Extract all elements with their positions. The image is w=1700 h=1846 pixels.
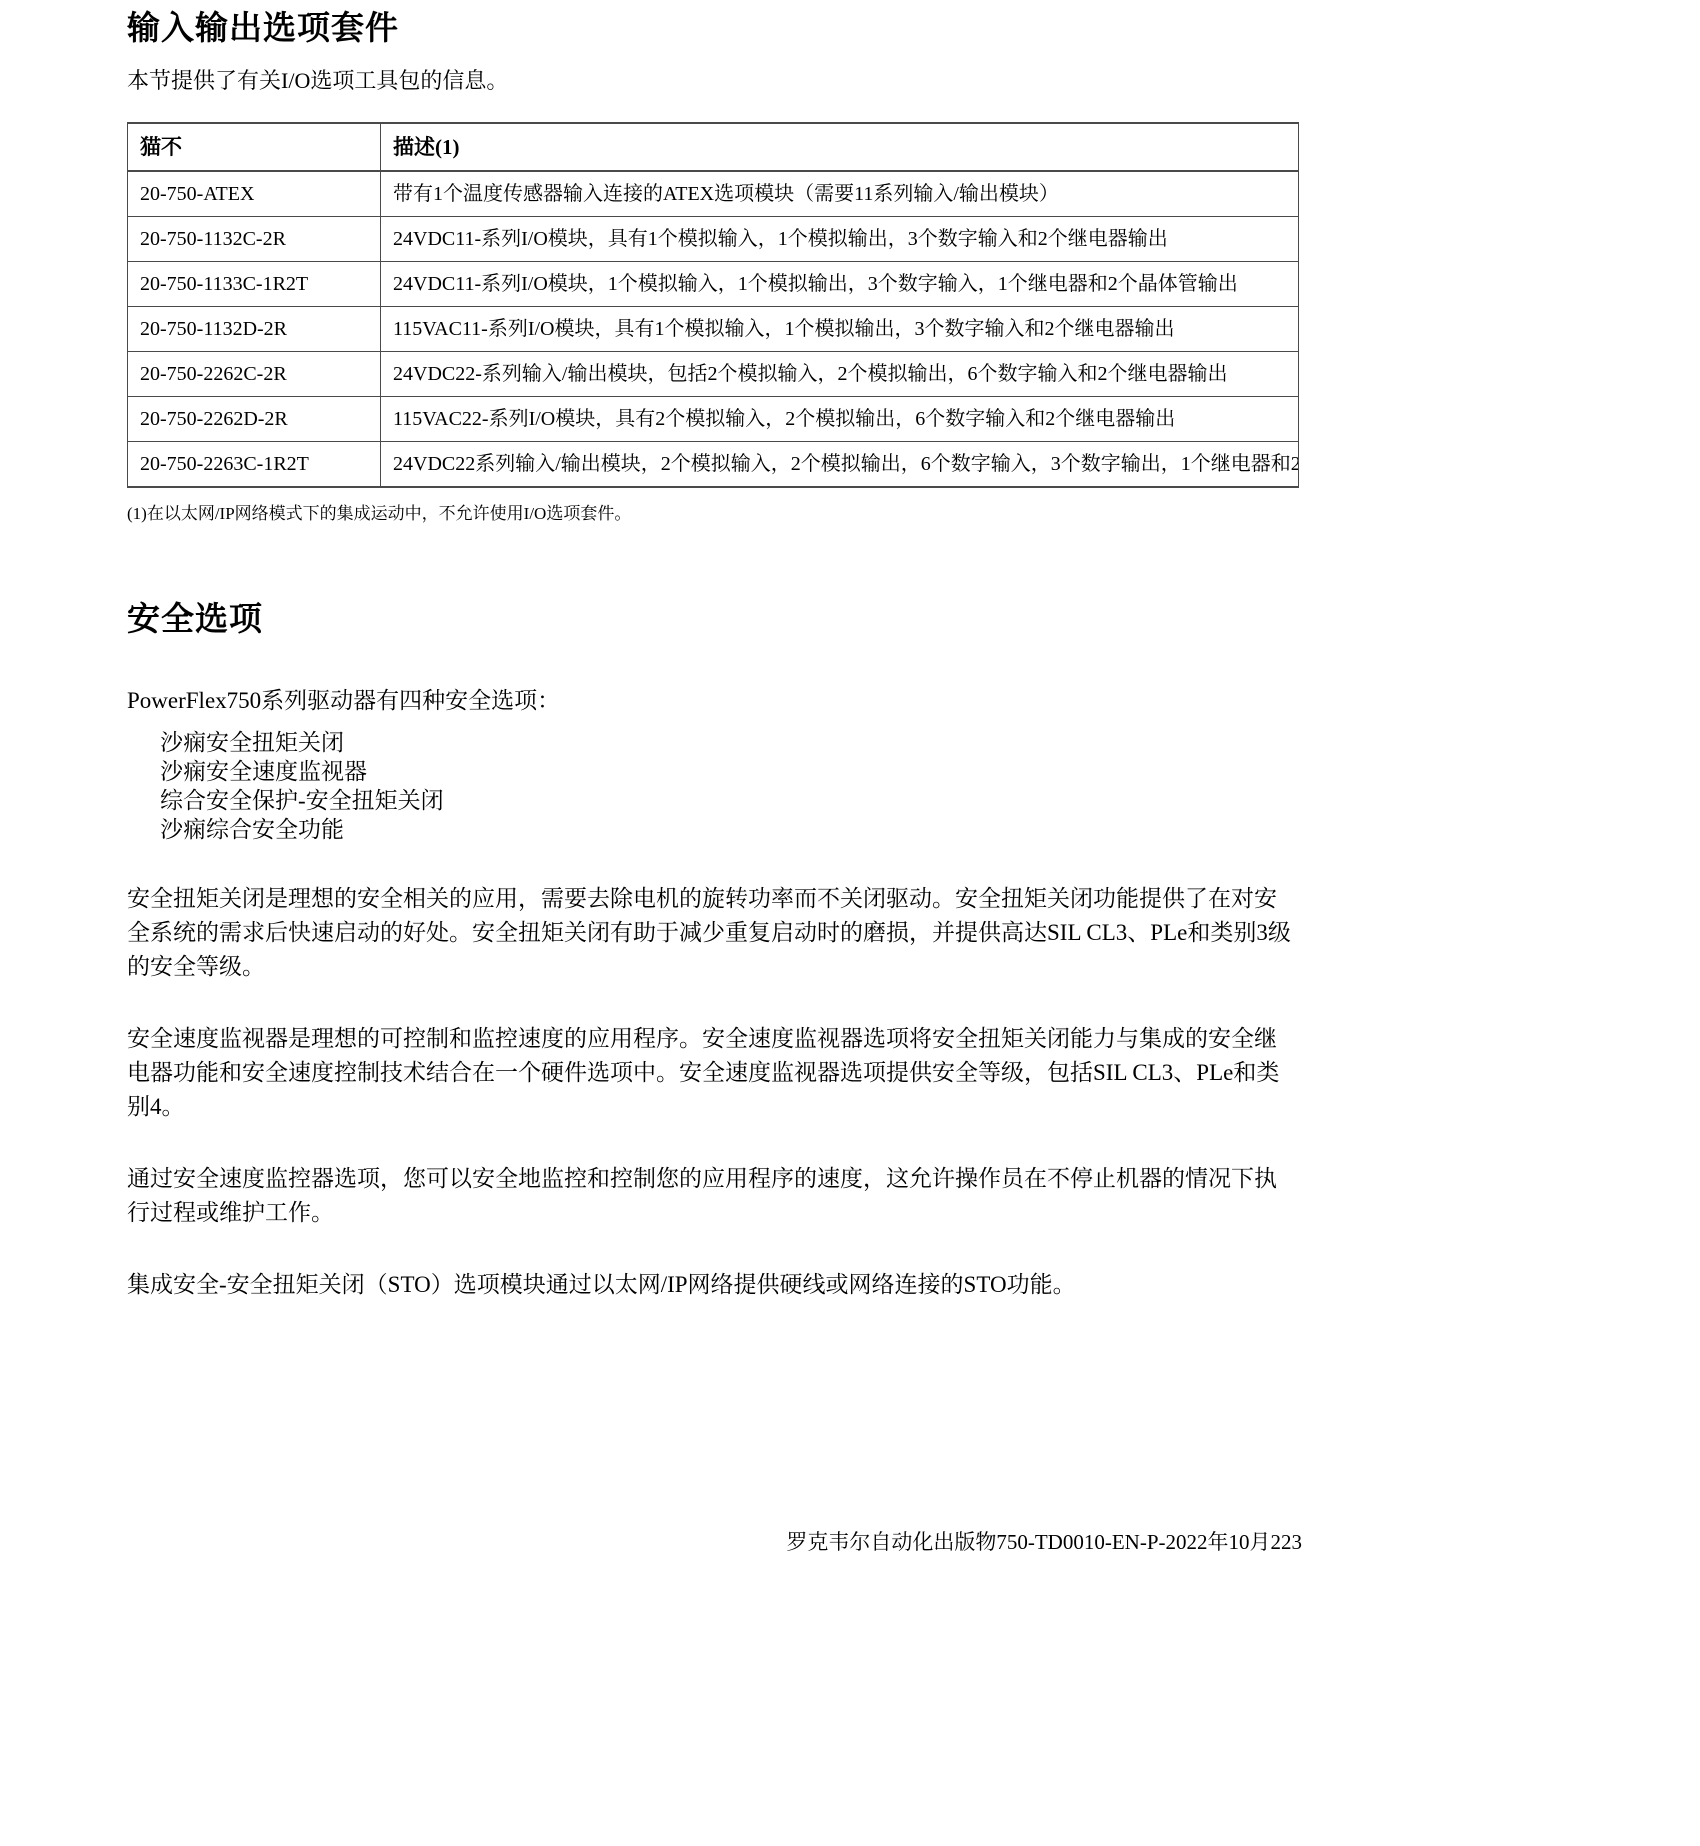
section-title-io-options: 输入输出选项套件 [127,0,1299,50]
cat-no-cell: 20-750-1132C-2R [128,217,381,262]
description-cell: 24VDC22-系列输入/输出模块，包括2个模拟输入，2个模拟输出，6个数字输入… [381,352,1299,397]
column-header-cat-no: 猫不 [128,123,381,171]
cat-no-cell: 20-750-ATEX [128,171,381,217]
table-header-row: 猫不 描述(1) [128,123,1299,171]
safety-options-list: 沙痫安全扭矩关闭 沙痫安全速度监视器 综合安全保护-安全扭矩关闭 沙痫综合安全功… [127,728,1299,844]
column-header-description: 描述(1) [381,123,1299,171]
safety-section-intro: PowerFlex750系列驱动器有四种安全选项： [127,686,1299,716]
page-content: 输入输出选项套件 本节提供了有关I/O选项工具包的信息。 猫不 描述(1) 20… [127,0,1299,1302]
description-cell: 115VAC11-系列I/O模块，具有1个模拟输入，1个模拟输出，3个数字输入和… [381,307,1299,352]
cat-no-cell: 20-750-1132D-2R [128,307,381,352]
page-footer-publication: 罗克韦尔自动化出版物750-TD0010-EN-P-2022年10月223 [127,1528,1302,1556]
io-options-table: 猫不 描述(1) 20-750-ATEX 带有1个温度传感器输入连接的ATEX选… [127,122,1299,488]
description-cell: 24VDC22系列输入/输出模块，2个模拟输入，2个模拟输出，6个数字输入，3个… [381,442,1299,488]
description-cell: 115VAC22-系列I/O模块，具有2个模拟输入，2个模拟输出，6个数字输入和… [381,397,1299,442]
paragraph-sto: 安全扭矩关闭是理想的安全相关的应用，需要去除电机的旋转功率而不关闭驱动。安全扭矩… [127,882,1299,984]
table-row: 20-750-2263C-1R2T 24VDC22系列输入/输出模块，2个模拟输… [128,442,1299,488]
table-row: 20-750-2262C-2R 24VDC22-系列输入/输出模块，包括2个模拟… [128,352,1299,397]
table-row: 20-750-1132C-2R 24VDC11-系列I/O模块，具有1个模拟输入… [128,217,1299,262]
cat-no-cell: 20-750-2262C-2R [128,352,381,397]
cat-no-cell: 20-750-2263C-1R2T [128,442,381,488]
cat-no-cell: 20-750-1133C-1R2T [128,262,381,307]
description-cell: 带有1个温度传感器输入连接的ATEX选项模块（需要11系列输入/输出模块） [381,171,1299,217]
description-cell: 24VDC11-系列I/O模块，1个模拟输入，1个模拟输出，3个数字输入，1个继… [381,262,1299,307]
list-item: 综合安全保护-安全扭矩关闭 [160,786,1299,815]
list-item: 沙痫安全扭矩关闭 [160,728,1299,757]
paragraph-integrated-safety: 集成安全-安全扭矩关闭（STO）选项模块通过以太网/IP网络提供硬线或网络连接的… [127,1268,1299,1302]
list-item: 沙痫综合安全功能 [160,815,1299,844]
table-footnote: (1)在以太网/IP网络模式下的集成运动中，不允许使用I/O选项套件。 [127,502,1299,526]
table-row: 20-750-1132D-2R 115VAC11-系列I/O模块，具有1个模拟输… [128,307,1299,352]
description-cell: 24VDC11-系列I/O模块，具有1个模拟输入，1个模拟输出，3个数字输入和2… [381,217,1299,262]
document-page: 输入输出选项套件 本节提供了有关I/O选项工具包的信息。 猫不 描述(1) 20… [0,0,1700,1846]
paragraph-speed-monitor-option: 通过安全速度监控器选项，您可以安全地监控和控制您的应用程序的速度，这允许操作员在… [127,1162,1299,1230]
table-row: 20-750-2262D-2R 115VAC22-系列I/O模块，具有2个模拟输… [128,397,1299,442]
table-row: 20-750-ATEX 带有1个温度传感器输入连接的ATEX选项模块（需要11系… [128,171,1299,217]
list-item: 沙痫安全速度监视器 [160,757,1299,786]
cat-no-cell: 20-750-2262D-2R [128,397,381,442]
io-section-intro: 本节提供了有关I/O选项工具包的信息。 [127,66,1299,96]
paragraph-speed-monitor: 安全速度监视器是理想的可控制和监控速度的应用程序。安全速度监视器选项将安全扭矩关… [127,1022,1299,1124]
section-title-safety-options: 安全选项 [127,598,1299,642]
table-row: 20-750-1133C-1R2T 24VDC11-系列I/O模块，1个模拟输入… [128,262,1299,307]
